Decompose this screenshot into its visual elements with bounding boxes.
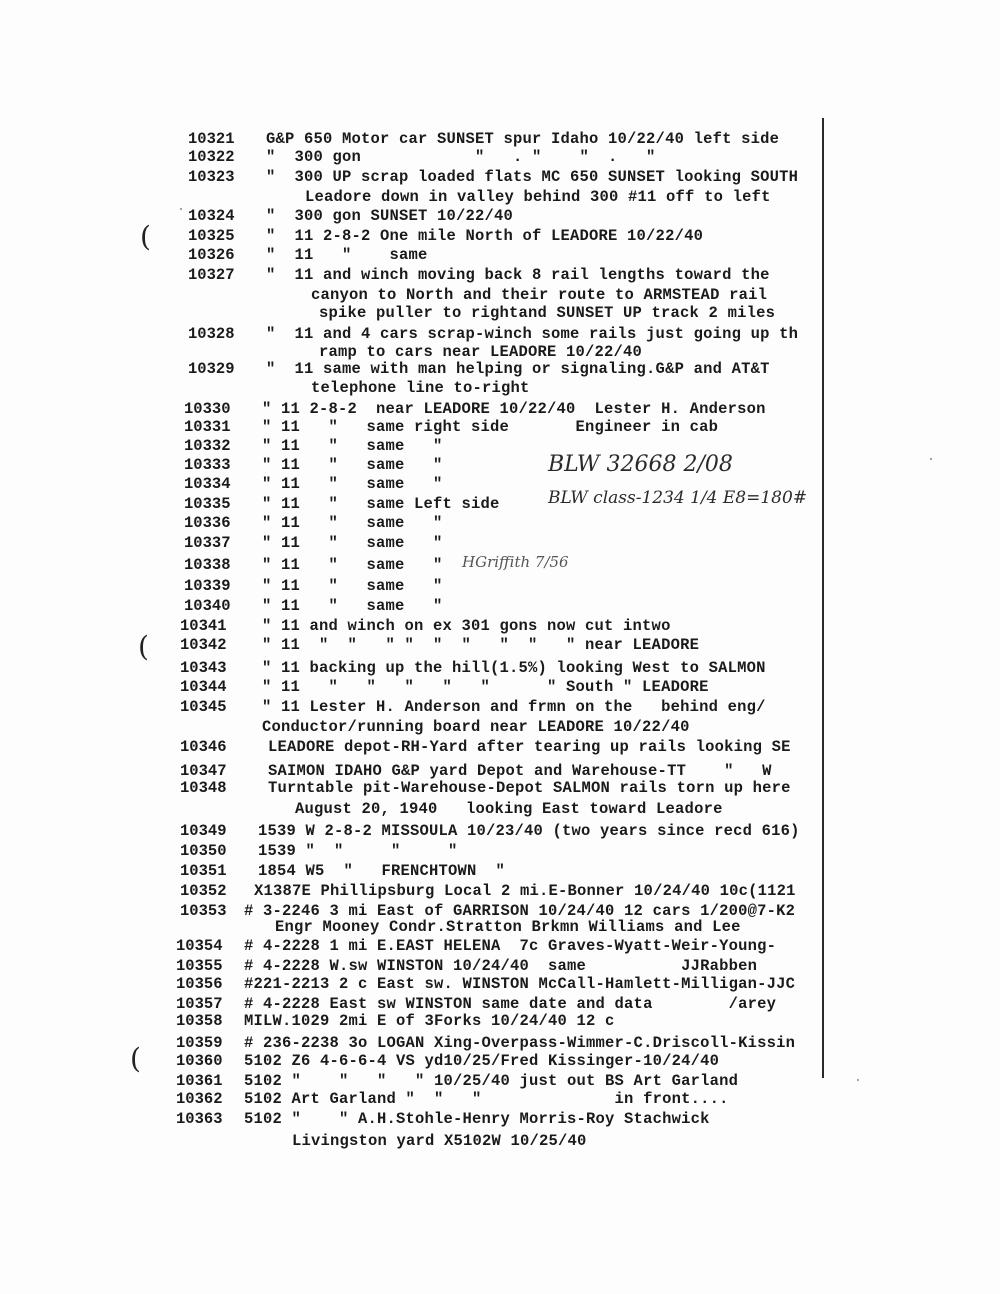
entry-number: 10361 xyxy=(176,1072,223,1090)
entry-description: " 11 and winch on ex 301 gons now cut in… xyxy=(262,617,671,635)
entry-number: 10346 xyxy=(180,738,227,756)
entry-description: LEADORE depot-RH-Yard after tearing up r… xyxy=(268,738,791,756)
entry-number: 10325 xyxy=(188,227,235,245)
entry-number: 10331 xyxy=(184,418,231,436)
entry-description: 1539 W 2-8-2 MISSOULA 10/23/40 (two year… xyxy=(258,822,800,840)
entry-number: 10333 xyxy=(184,456,231,474)
entry-number: 10351 xyxy=(180,862,227,880)
entry-number: 10330 xyxy=(184,400,231,418)
scan-speck xyxy=(857,1079,859,1081)
entry-number: 10341 xyxy=(180,617,227,635)
entry-number: 10321 xyxy=(188,130,235,148)
entry-description: " 300 gon SUNSET 10/22/40 xyxy=(266,207,513,225)
entry-description: #221-2213 2 c East sw. WINSTON McCall-Ha… xyxy=(244,975,795,993)
entry-description: " 11 2-8-2 near LEADORE 10/22/40 Lester … xyxy=(262,400,766,418)
entry-description: 1854 W5 " FRENCHTOWN " xyxy=(258,862,505,880)
entry-description: 5102 " " A.H.Stohle-Henry Morris-Roy Sta… xyxy=(244,1110,710,1128)
entry-number: 10356 xyxy=(176,975,223,993)
entry-number: 10339 xyxy=(184,577,231,595)
entry-number: 10359 xyxy=(176,1034,223,1052)
entry-number: 10349 xyxy=(180,822,227,840)
entry-number: 10326 xyxy=(188,246,235,264)
entry-description: " 11 " same " xyxy=(262,556,443,574)
entry-number: 10353 xyxy=(180,902,227,920)
entry-number: 10357 xyxy=(176,995,223,1013)
entry-description: Livingston yard X5102W 10/25/40 xyxy=(292,1132,587,1150)
entry-description: " 11 " same Left side xyxy=(262,495,500,513)
entry-number: 10328 xyxy=(188,325,235,343)
entry-number: 10343 xyxy=(180,659,227,677)
entry-number: 10335 xyxy=(184,495,231,513)
entry-number: 10354 xyxy=(176,937,223,955)
entry-description: telephone line to-right xyxy=(311,379,530,397)
entry-number: 10327 xyxy=(188,266,235,284)
entry-description: 1539 " " " " xyxy=(258,842,458,860)
entry-description: " 11 and 4 cars scrap-winch some rails j… xyxy=(266,325,798,343)
entry-description: " 11 2-8-2 One mile North of LEADORE 10/… xyxy=(266,227,703,245)
entry-number: 10348 xyxy=(180,779,227,797)
entry-number: 10337 xyxy=(184,534,231,552)
entry-description: # 4-2228 East sw WINSTON same date and d… xyxy=(244,995,776,1013)
entry-description: Leadore down in valley behind 300 #11 of… xyxy=(305,188,771,206)
entry-description: Turntable pit-Warehouse-Depot SALMON rai… xyxy=(268,779,791,797)
entry-number: 10324 xyxy=(188,207,235,225)
entry-description: " 11 " same " xyxy=(262,534,443,552)
entry-description: 5102 Z6 4-6-6-4 VS yd10/25/Fred Kissinge… xyxy=(244,1052,719,1070)
entry-description: Engr Mooney Condr.Stratton Brkmn William… xyxy=(275,918,741,936)
margin-bracket-mark: ( xyxy=(130,1042,141,1075)
entry-number: 10323 xyxy=(188,168,235,186)
entry-number: 10340 xyxy=(184,597,231,615)
handwritten-note-builder: BLW 32668 2/08 xyxy=(548,452,733,477)
entry-description: 5102 Art Garland " " " in front.... xyxy=(244,1090,729,1108)
typed-text-area: 10321G&P 650 Motor car SUNSET spur Idaho… xyxy=(0,0,822,1294)
entry-description: " 11 " same " xyxy=(262,437,443,455)
entry-description: " 11 " same " xyxy=(262,475,443,493)
entry-description: SAIMON IDAHO G&P yard Depot and Warehous… xyxy=(268,762,772,780)
entry-number: 10329 xyxy=(188,360,235,378)
entry-description: spike puller to rightand SUNSET UP track… xyxy=(319,304,775,322)
entry-number: 10363 xyxy=(176,1110,223,1128)
entry-description: " 11 and winch moving back 8 rail length… xyxy=(266,266,770,284)
margin-bracket-mark: ( xyxy=(138,630,149,663)
entry-description: MILW.1029 2mi E of 3Forks 10/24/40 12 c xyxy=(244,1012,615,1030)
entry-description: Conductor/running board near LEADORE 10/… xyxy=(262,718,690,736)
entry-description: G&P 650 Motor car SUNSET spur Idaho 10/2… xyxy=(266,130,779,148)
handwritten-note-class: BLW class-1234 1/4 E8=180# xyxy=(548,488,807,508)
scan-speck xyxy=(930,458,932,460)
document-page: 10321G&P 650 Motor car SUNSET spur Idaho… xyxy=(0,0,1000,1294)
entry-description: " 11 same with man helping or signaling.… xyxy=(266,360,770,378)
entry-number: 10355 xyxy=(176,957,223,975)
entry-number: 10322 xyxy=(188,148,235,166)
entry-description: " 300 UP scrap loaded flats MC 650 SUNSE… xyxy=(266,168,798,186)
entry-description: # 4-2228 1 mi E.EAST HELENA 7c Graves-Wy… xyxy=(244,937,776,955)
entry-description: " 11 " " " " " " South " LEADORE xyxy=(262,678,709,696)
entry-number: 10332 xyxy=(184,437,231,455)
entry-description: " 11 " same " xyxy=(262,597,443,615)
entry-description: # 236-2238 3o LOGAN Xing-Overpass-Wimmer… xyxy=(244,1034,795,1052)
margin-bracket-mark: ( xyxy=(140,220,151,253)
entry-description: 5102 " " " " 10/25/40 just out BS Art Ga… xyxy=(244,1072,738,1090)
entry-description: " 11 Lester H. Anderson and frmn on the … xyxy=(262,698,766,716)
entry-number: 10334 xyxy=(184,475,231,493)
handwritten-note-initials: HGriffith 7/56 xyxy=(462,553,569,571)
entry-description: August 20, 1940 looking East toward Lead… xyxy=(295,800,723,818)
entry-description: " 300 gon " . " " . " xyxy=(266,148,656,166)
entry-number: 10350 xyxy=(180,842,227,860)
entry-description: " 11 " same " xyxy=(262,577,443,595)
entry-description: canyon to North and their route to ARMST… xyxy=(311,286,767,304)
entry-number: 10362 xyxy=(176,1090,223,1108)
entry-number: 10347 xyxy=(180,762,227,780)
entry-description: " 11 " same " xyxy=(262,514,443,532)
scan-speck xyxy=(180,208,182,210)
entry-number: 10352 xyxy=(180,882,227,900)
entry-number: 10336 xyxy=(184,514,231,532)
entry-description: X1387E Phillipsburg Local 2 mi.E-Bonner … xyxy=(254,882,796,900)
entry-number: 10344 xyxy=(180,678,227,696)
entry-number: 10342 xyxy=(180,636,227,654)
entry-description: " 11 " same xyxy=(266,246,428,264)
entry-number: 10345 xyxy=(180,698,227,716)
entry-description: " 11 " " " " " " " " " near LEADORE xyxy=(262,636,699,654)
entry-number: 10360 xyxy=(176,1052,223,1070)
entry-number: 10358 xyxy=(176,1012,223,1030)
right-margin-rule xyxy=(822,118,824,1078)
entry-description: " 11 backing up the hill(1.5%) looking W… xyxy=(262,659,766,677)
entry-description: # 4-2228 W.sw WINSTON 10/24/40 same JJRa… xyxy=(244,957,757,975)
entry-description: ramp to cars near LEADORE 10/22/40 xyxy=(319,343,642,361)
entry-description: " 11 " same right side Engineer in cab xyxy=(262,418,718,436)
entry-description: " 11 " same " xyxy=(262,456,443,474)
entry-number: 10338 xyxy=(184,556,231,574)
